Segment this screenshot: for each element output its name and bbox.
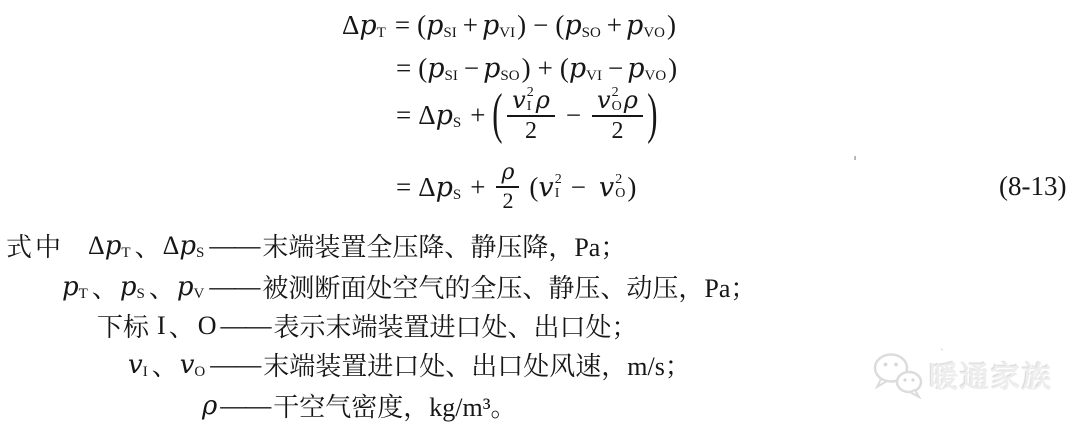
math-token: 2 — [611, 117, 623, 144]
math-subscript: S — [453, 115, 461, 132]
ink-speck: ' — [853, 153, 857, 171]
math-subscript: I — [555, 187, 560, 201]
sup-sub-stack: 2I — [555, 173, 562, 201]
watermark-text: 暖通家族 — [929, 355, 1053, 396]
math-superscript: 2 — [612, 86, 619, 100]
punctuation: 、 — [149, 268, 175, 305]
math-token: − — [533, 10, 548, 41]
definition-row-5: ρ —— 干空气密度，kg/m³。 — [202, 387, 517, 424]
math-token: Δ — [88, 231, 105, 261]
sup-sub-stack: 2O — [612, 86, 622, 114]
math-token: v — [180, 350, 195, 380]
math-token: = — [395, 10, 410, 41]
math-subscript: I — [143, 364, 148, 381]
definition-row-2: pT 、 pS 、 pV —— 被测断面处空气的全压、静压、动压，Pa； — [62, 268, 756, 305]
math-token: p — [483, 53, 500, 84]
math-subscript: VO — [643, 25, 665, 42]
math-token: p — [569, 53, 586, 84]
math-token: p — [564, 10, 581, 41]
math-token: v — [597, 87, 611, 113]
math-token: ) — [517, 10, 526, 41]
math-token: p — [626, 10, 643, 41]
equation-line-4: = ΔpS + ρ 2 ( v 2I − v 2O ) — [396, 158, 636, 216]
fraction: ρ 2 — [496, 161, 519, 213]
fraction: v 2I ρ 2 — [507, 86, 555, 144]
math-subscript: SI — [443, 25, 456, 42]
math-token: p — [359, 10, 376, 41]
math-subscript: O — [194, 364, 205, 381]
fraction: v 2O ρ 2 — [592, 86, 643, 144]
math-token: v — [538, 172, 553, 203]
math-token: + — [470, 172, 485, 203]
definition-dash: —— — [210, 350, 260, 380]
math-superscript: 2 — [555, 173, 562, 187]
definition-text: 末端装置进口处、出口处风速，m/s； — [263, 346, 691, 383]
math-superscript: 2 — [527, 86, 534, 100]
definition-dash: —— — [220, 391, 270, 421]
math-token: ) — [667, 10, 676, 41]
math-token: − — [571, 172, 586, 203]
equation-line-1: ΔpT = (pSI+pVI) − (pSO+pVO) — [342, 7, 676, 43]
definition-text: 表示末端装置进口处、出口处； — [273, 307, 637, 344]
math-subscript: S — [453, 187, 461, 204]
math-token: ( — [418, 53, 427, 84]
math-superscript: 2 — [615, 173, 622, 187]
math-subscript: T — [377, 25, 386, 42]
math-subscript: S — [196, 245, 204, 262]
math-token: p — [179, 231, 196, 261]
watermark: 暖通家族 — [872, 351, 1053, 399]
punctuation: 、 — [169, 307, 195, 344]
math-token: Δ — [418, 100, 435, 131]
math-token: = — [396, 100, 411, 131]
math-token: p — [177, 272, 194, 302]
definition-row-1: 式中 ΔpT 、 ΔpS —— 末端装置全压降、静压降，Pa； — [6, 227, 626, 264]
math-token: ( — [417, 10, 426, 41]
math-subscript: S — [137, 286, 145, 303]
math-subscript: T — [121, 245, 130, 262]
math-token: O — [198, 311, 217, 341]
math-subscript: SI — [445, 68, 458, 85]
math-token: v — [512, 87, 526, 113]
equation-line-3: = ΔpS + ( v 2I ρ 2 − v 2O ρ 2 ) — [396, 84, 658, 146]
math-token: − — [464, 53, 479, 84]
math-token: 2 — [525, 117, 537, 144]
math-token: ρ — [536, 87, 550, 113]
big-right-paren: ) — [647, 91, 657, 139]
punctuation: 、 — [135, 227, 161, 264]
definition-row-3: 下标 I 、 O —— 表示末端装置进口处、出口处； — [97, 307, 638, 344]
math-token: = — [396, 53, 411, 84]
math-token: p — [62, 272, 79, 302]
math-token: p — [120, 272, 137, 302]
math-token: ( — [529, 172, 538, 203]
math-token: ) — [668, 53, 677, 84]
textbook-page: { "page": {"background": "#ffffff", "tex… — [0, 0, 1080, 426]
subscript-label: 下标 — [97, 307, 149, 344]
math-subscript: VI — [499, 25, 515, 42]
math-token: ρ — [624, 87, 638, 113]
math-token: ρ — [202, 391, 217, 421]
math-token: − — [608, 53, 623, 84]
punctuation: 、 — [152, 346, 178, 383]
math-subscript: O — [612, 100, 622, 114]
punctuation: 、 — [92, 268, 118, 305]
math-token: + — [607, 10, 622, 41]
math-token: p — [436, 100, 453, 131]
math-subscript: O — [615, 187, 625, 201]
math-subscript: VI — [586, 68, 602, 85]
math-subscript: I — [527, 100, 532, 114]
definition-row-4: vI 、 vO —— 末端装置进口处、出口处风速，m/s； — [128, 346, 691, 383]
definition-text: 干空气密度，kg/m³。 — [273, 387, 516, 424]
equation-line-2: = (pSI−pSO) + (pVI−pVO) — [396, 50, 677, 86]
math-token: ( — [560, 53, 569, 84]
math-token: v — [599, 172, 614, 203]
math-token: + — [463, 10, 478, 41]
definition-dash: —— — [220, 311, 270, 341]
math-token: p — [427, 53, 444, 84]
math-token: p — [105, 231, 122, 261]
wechat-icon — [872, 351, 924, 399]
sup-sub-stack: 2I — [527, 86, 534, 114]
sup-sub-stack: 2O — [615, 173, 625, 201]
math-token: = — [396, 172, 411, 203]
math-token: I — [157, 311, 166, 341]
math-token: − — [566, 100, 581, 131]
big-left-paren: ( — [493, 91, 503, 139]
math-token: Δ — [163, 231, 180, 261]
math-subscript: V — [194, 286, 205, 303]
math-subscript: VO — [644, 68, 666, 85]
equation-number: (8-13) — [999, 171, 1066, 202]
math-token: + — [470, 100, 485, 131]
math-token: p — [426, 10, 443, 41]
definition-text: 被测断面处空气的全压、静压、动压，Pa； — [262, 268, 756, 305]
math-token: Δ — [418, 172, 435, 203]
math-token: 2 — [502, 188, 513, 213]
definition-text: 末端装置全压降、静压降，Pa； — [262, 227, 626, 264]
math-token: p — [436, 172, 453, 203]
formula-where-label: 式中 — [6, 227, 64, 264]
math-subscript: SO — [500, 68, 519, 85]
math-subscript: SO — [582, 25, 601, 42]
math-token: ) — [522, 53, 531, 84]
math-token: ρ — [501, 161, 514, 185]
math-token: ( — [555, 10, 564, 41]
math-token: p — [627, 53, 644, 84]
definition-dash: —— — [209, 231, 259, 261]
math-token: Δ — [342, 10, 359, 41]
math-token: + — [538, 53, 553, 84]
math-token: v — [128, 350, 143, 380]
math-token: p — [482, 10, 499, 41]
math-subscript: T — [79, 286, 88, 303]
definition-dash: —— — [209, 272, 259, 302]
math-token: ) — [627, 172, 636, 203]
